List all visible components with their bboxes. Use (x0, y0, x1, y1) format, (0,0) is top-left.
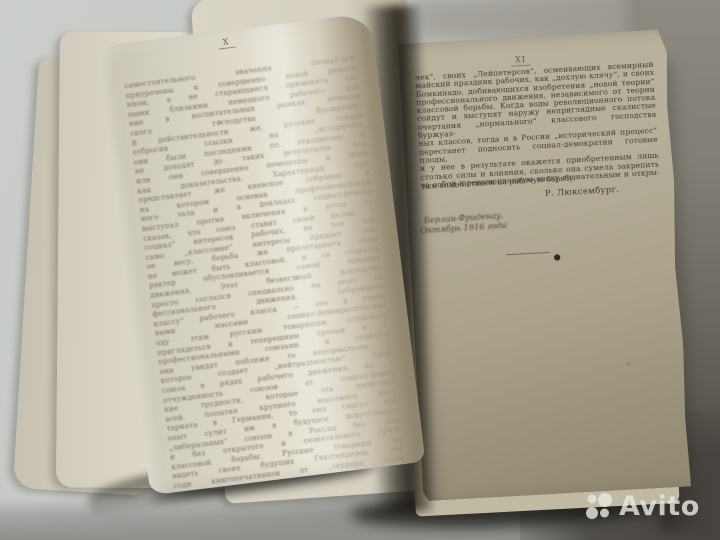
avito-brand-text: Avito (619, 492, 700, 522)
avito-watermark: Avito (584, 492, 700, 522)
author-signature: Р. Люксембург. (545, 184, 620, 198)
left-page-text: самостоятельного значения социал-демприу… (124, 53, 406, 491)
left-page: X самостоятельного значения социал-демпр… (95, 13, 425, 495)
separator-rule (506, 252, 550, 255)
right-page: XI чек“, своих „Лейпетерсов“, осмеивающи… (398, 29, 691, 501)
left-page-number: X (217, 37, 235, 50)
avito-logo-icon (584, 492, 614, 522)
foxing-spot (626, 361, 631, 365)
ink-dot (554, 254, 560, 260)
photo-open-book: XI чек“, своих „Лейпетерсов“, осмеивающи… (0, 0, 720, 540)
right-page-number: XI (511, 55, 530, 67)
